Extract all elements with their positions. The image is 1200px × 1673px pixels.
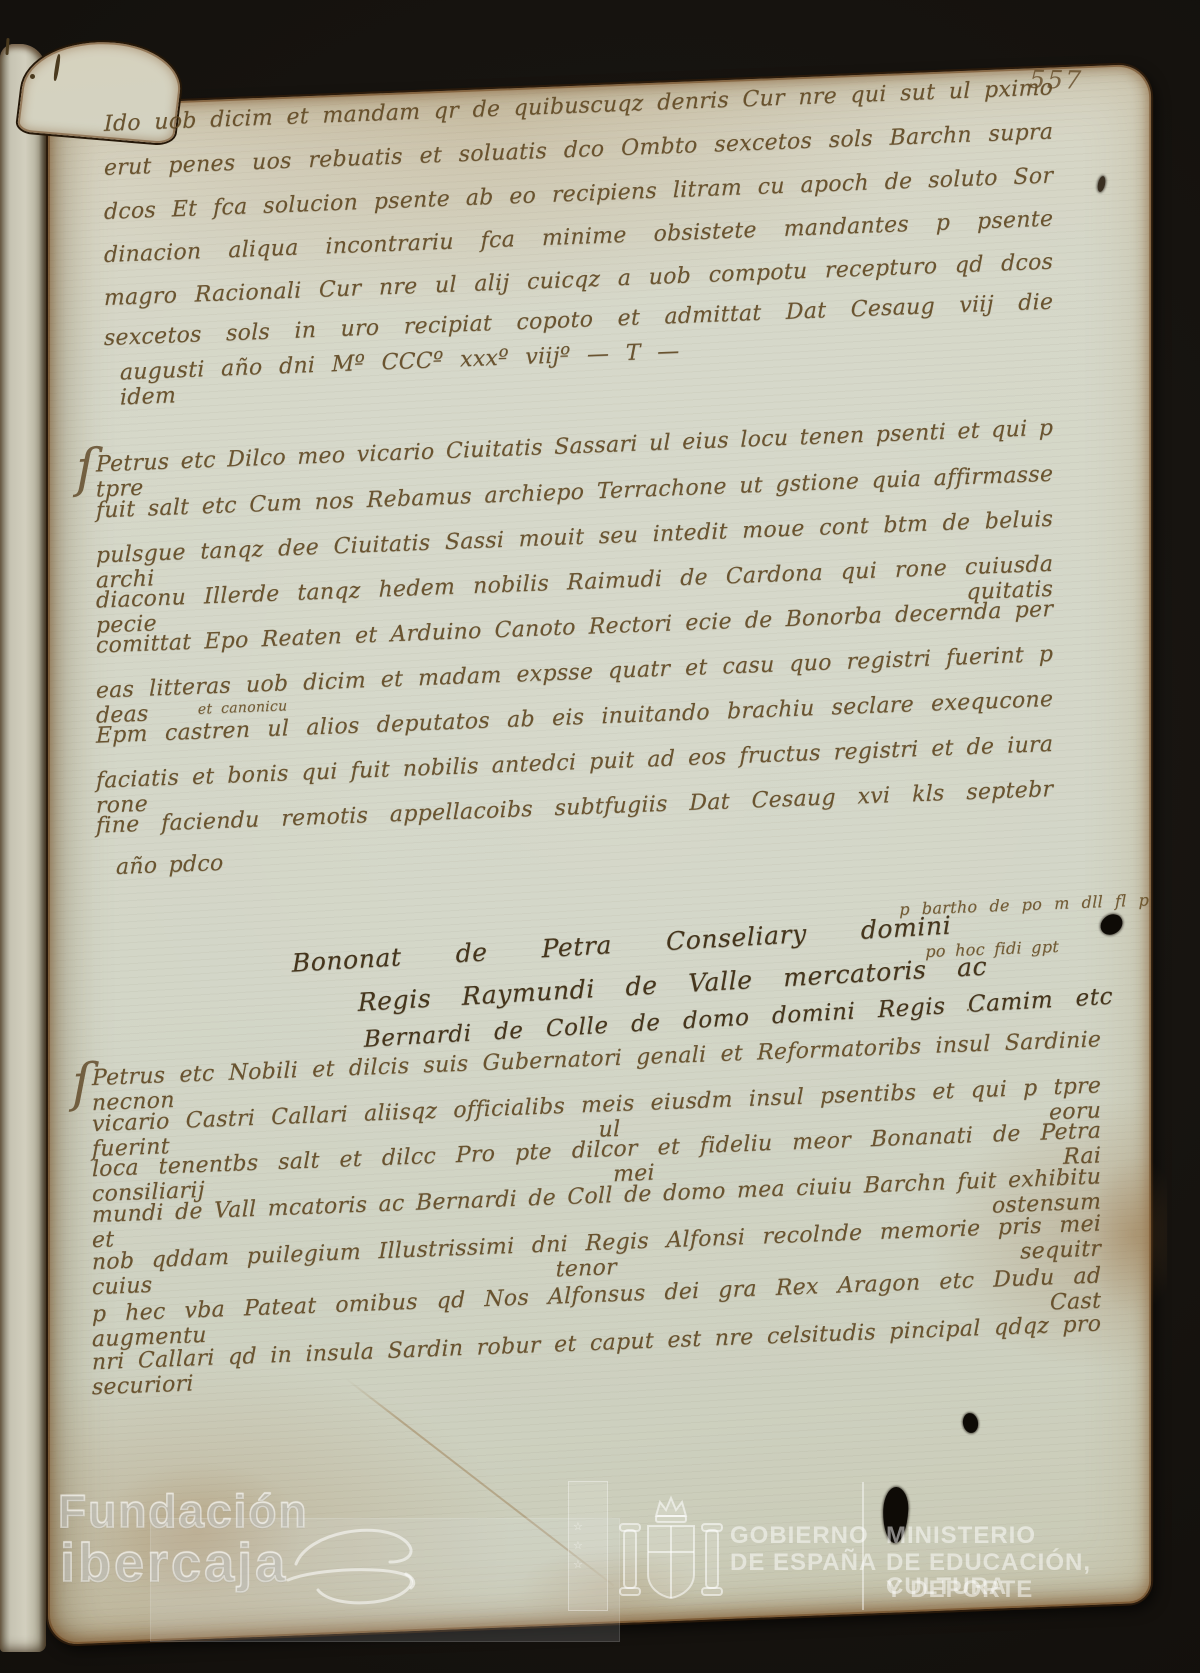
- interline-note: et canonicu: [198, 698, 288, 718]
- paragraph-mark: ſ: [72, 1057, 91, 1110]
- flourish-dots: · · · ·: [965, 1000, 1015, 1020]
- manuscript-line: augusti año dni Mº CCCº xxxº viijº — T —…: [120, 339, 680, 411]
- ink-mark: [30, 74, 35, 79]
- ink-mark: [5, 38, 9, 55]
- stain: [478, 1511, 738, 1641]
- crease-line: [345, 1378, 614, 1587]
- text-block-1: Ido uob dicim et mandam qr de quibuscuqz…: [48, 64, 1151, 106]
- manuscript-date-line: año pdco: [116, 851, 224, 880]
- stain: [78, 1424, 378, 1636]
- previous-page-edge: [0, 44, 46, 1652]
- manuscript-page: 557 Ido uob dicim et mandam qr de quibus…: [48, 64, 1151, 1646]
- scanned-manuscript-photo: 557 Ido uob dicim et mandam qr de quibus…: [0, 0, 1200, 1673]
- paragraph-mark: ſ: [76, 442, 95, 495]
